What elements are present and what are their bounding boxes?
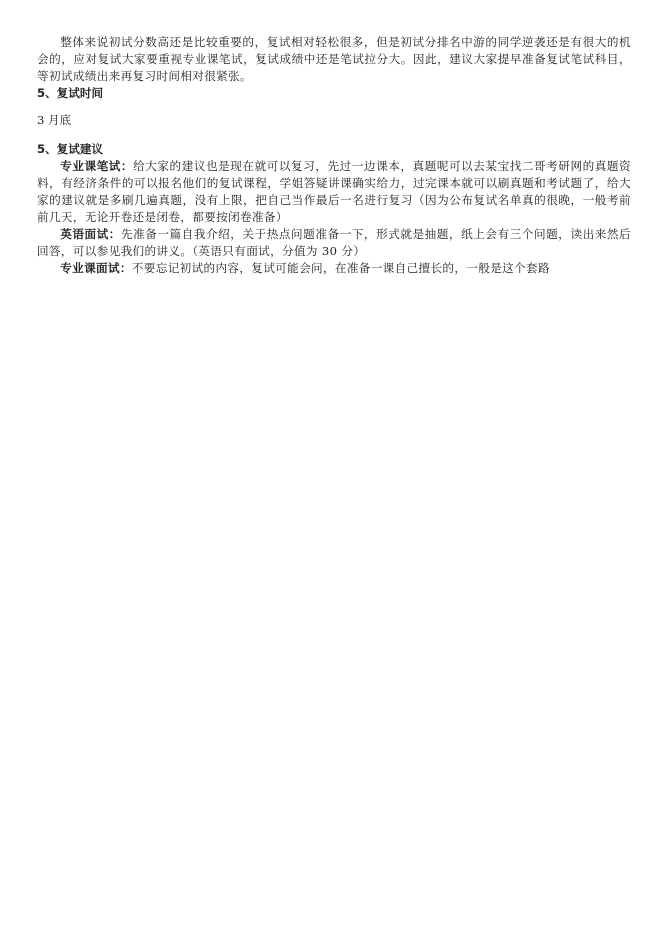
advice-label: 英语面试： (60, 227, 121, 241)
intro-paragraph: 整体来说初试分数高还是比较重要的，复试相对轻松很多，但是初试分排名中游的同学逆袭… (37, 34, 631, 85)
advice-text: 不要忘记初试的内容，复试可能会问，在准备一课自己擅长的，一般是这个套路 (132, 261, 550, 275)
document-page: 整体来说初试分数高还是比较重要的，复试相对轻松很多，但是初试分排名中游的同学逆袭… (37, 34, 631, 277)
advice-item-major-interview: 专业课面试：不要忘记初试的内容，复试可能会问，在准备一课自己擅长的，一般是这个套… (37, 260, 631, 277)
section-heading-time: 5、复试时间 (37, 85, 631, 102)
advice-text: 先准备一篇自我介绍，关于热点问题准备一下，形式就是抽题，纸上会有三个问题，读出来… (37, 227, 631, 258)
advice-label: 专业课面试： (60, 261, 132, 275)
advice-item-written-exam: 专业课笔试：给大家的建议也是现在就可以复习，先过一边课本，真题呢可以去某宝找二哥… (37, 158, 631, 226)
section-heading-advice: 5、复试建议 (37, 141, 631, 158)
advice-label: 专业课笔试： (60, 159, 133, 173)
advice-item-english-interview: 英语面试：先准备一篇自我介绍，关于热点问题准备一下，形式就是抽题，纸上会有三个问… (37, 226, 631, 260)
section-time-content: 3 月底 (37, 112, 631, 129)
